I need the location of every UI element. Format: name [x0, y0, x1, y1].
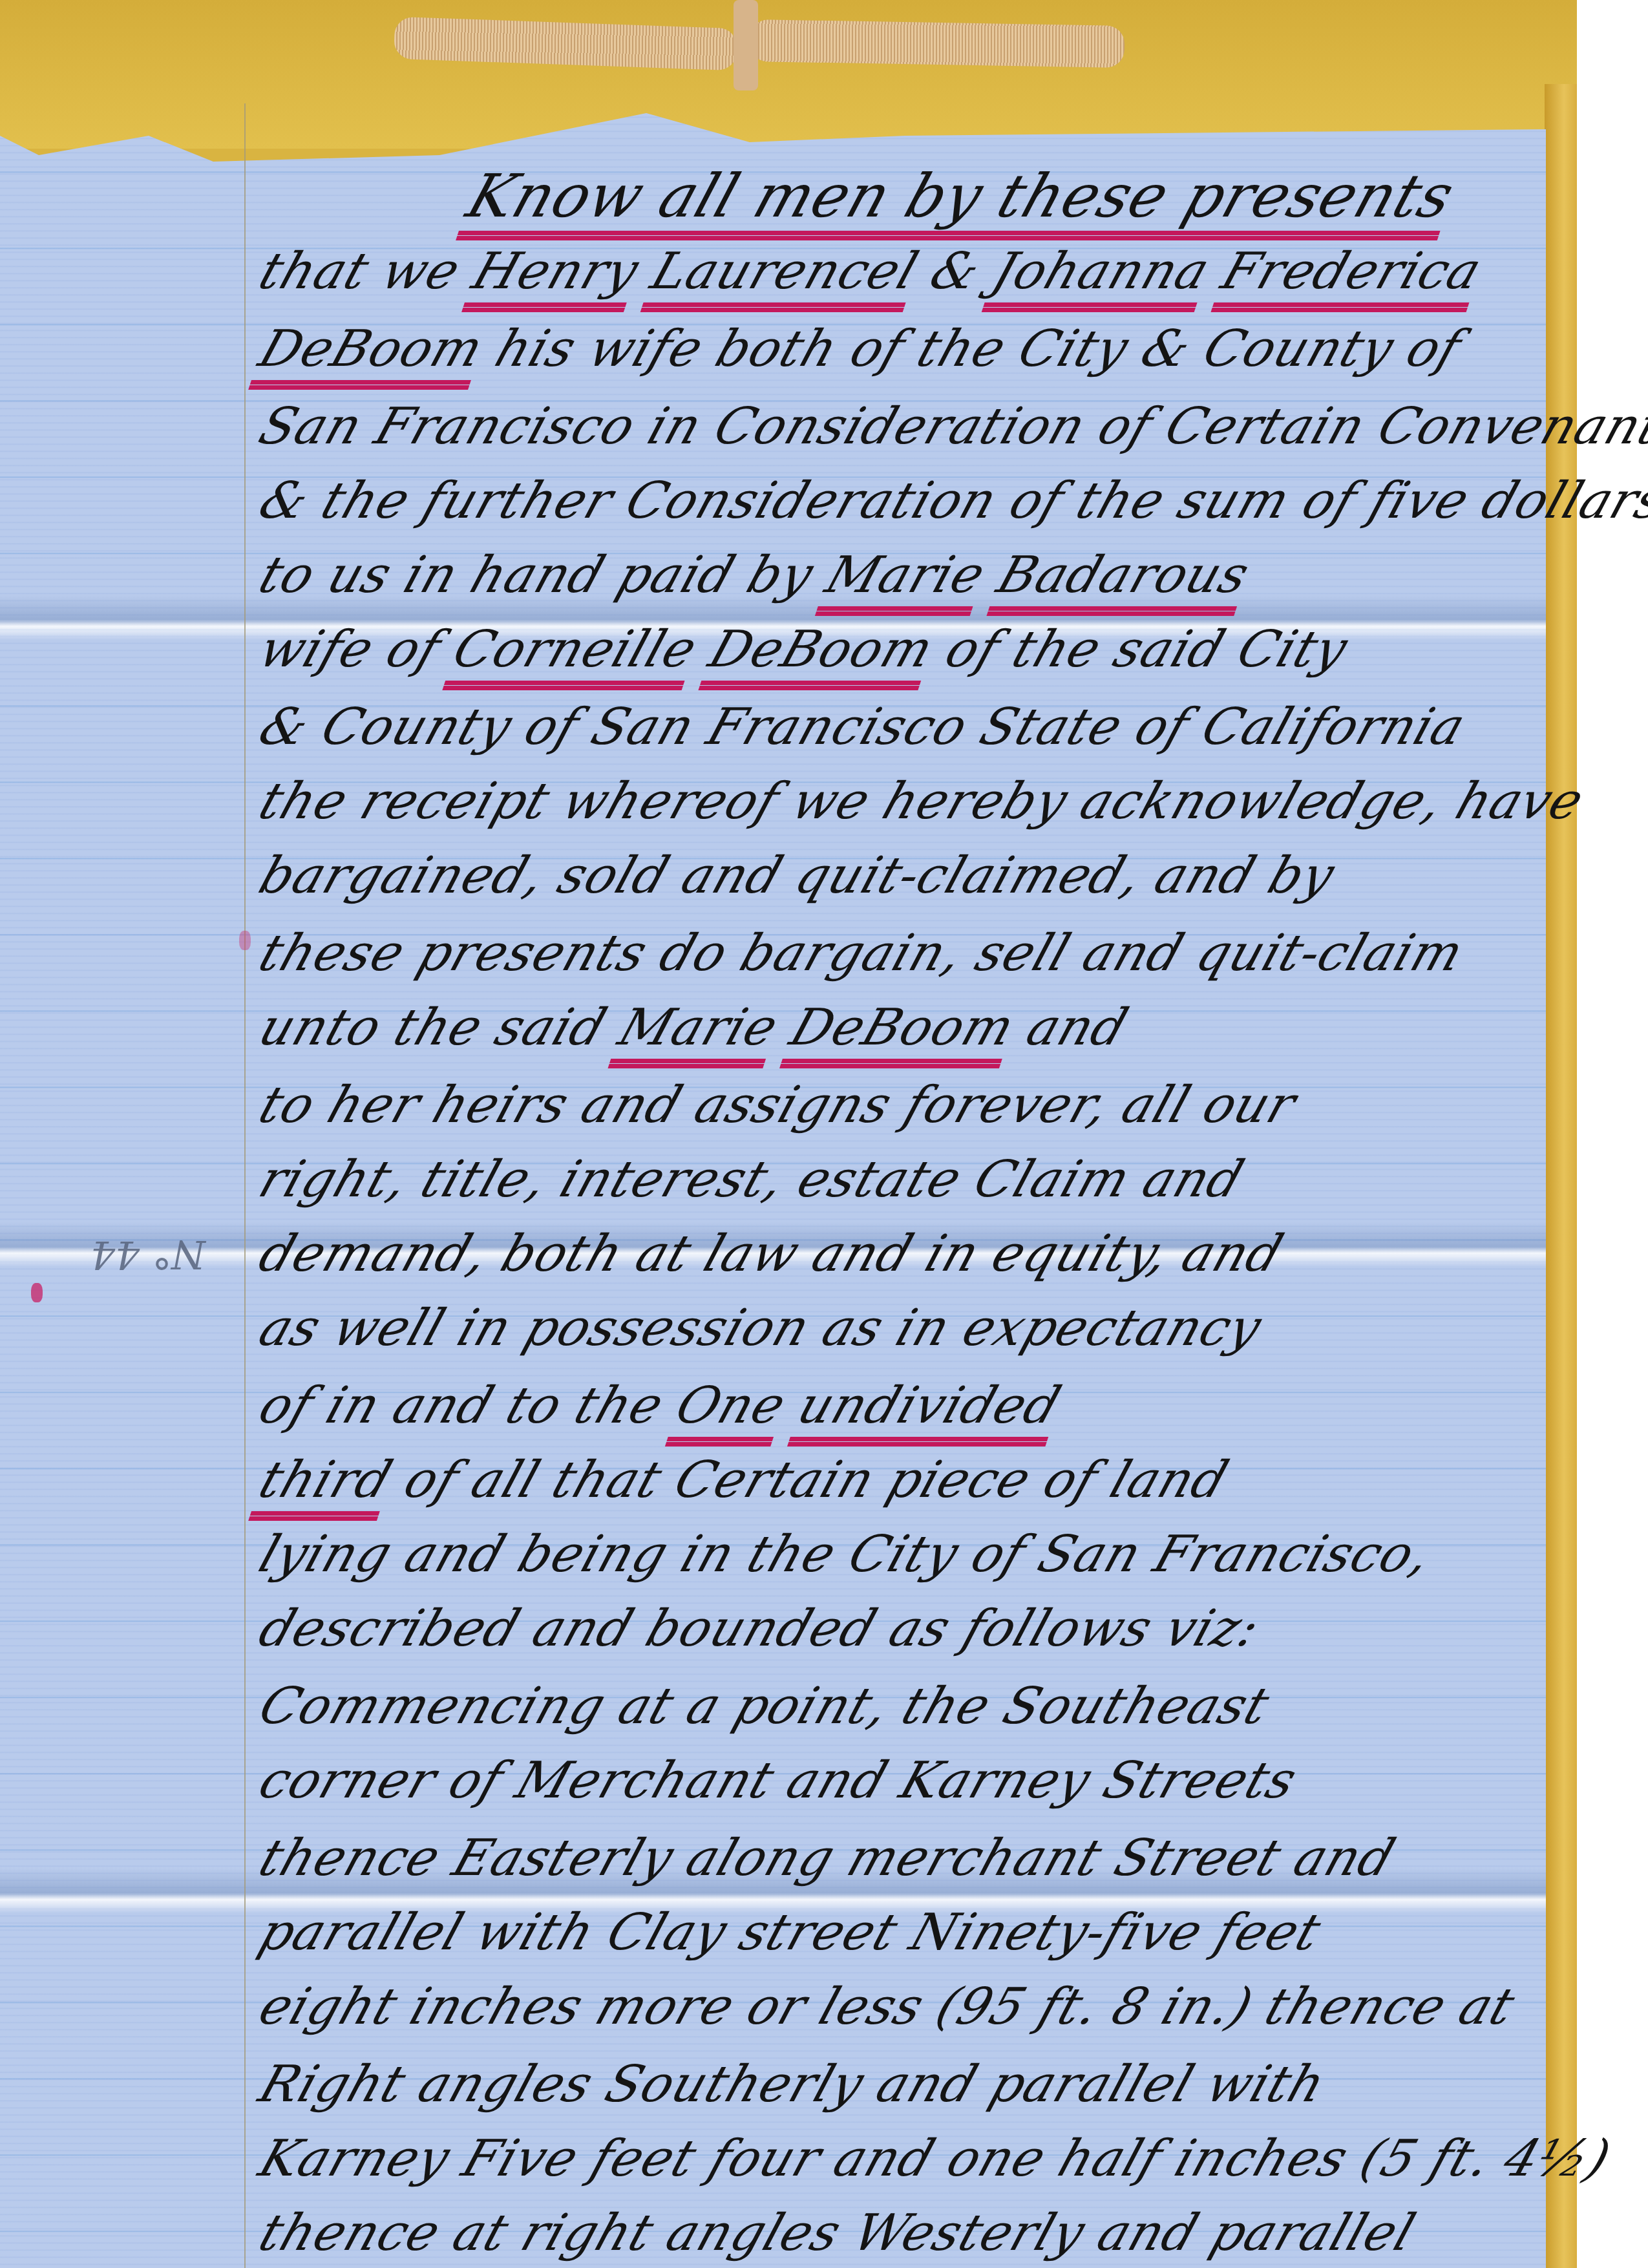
deed-line: lying and being in the City of San Franc… [252, 1525, 1439, 1584]
red-ink-spot [239, 931, 251, 950]
text-run: & the further Consideration of the sum o… [252, 472, 1648, 530]
document-sheet: N° 44 Know all men by these presentsthat… [0, 0, 1577, 2268]
deed-line: parallel with Clay street Ninety-five fe… [252, 1903, 1328, 1962]
ribbon-tie-right [749, 19, 1125, 68]
text-run: described and bounded as follows viz: [252, 1600, 1267, 1658]
deed-line: & County of San Francisco State of Calif… [252, 698, 1473, 756]
deed-line: wife of Corneille DeBoom of the said Cit… [252, 620, 1355, 679]
underlined-name: DeBoom [702, 620, 940, 679]
deed-line: DeBoom his wife both of the City & Count… [252, 320, 1468, 378]
underlined-name: Marie [819, 546, 993, 604]
underlined-name: DeBoom [252, 320, 491, 378]
deed-line: thence at right angles Westerly and para… [252, 2204, 1422, 2262]
text-run: the receipt whereof we hereby acknowledg… [252, 772, 1591, 831]
deed-line: unto the said Marie DeBoom and [252, 999, 1135, 1057]
text-run: of in and to the [252, 1377, 688, 1435]
deed-line: described and bounded as follows viz: [252, 1600, 1267, 1658]
text-run: parallel with Clay street Ninety-five fe… [252, 1903, 1328, 1962]
text-run: bargained, sold and quit-claimed, and by [252, 847, 1342, 905]
text-run: Karney Five feet four and one half inche… [252, 2130, 1618, 2188]
underlined-name: One [669, 1377, 794, 1435]
deed-line: San Francisco in Consideration of Certai… [252, 397, 1648, 456]
underlined-name: Johanna [986, 242, 1217, 301]
text-run: of all that Certain piece of land [381, 1451, 1236, 1509]
text-run: San Francisco in Consideration of Certai… [252, 397, 1648, 456]
underlined-name: DeBoom [783, 999, 1022, 1057]
underlined-name: third [252, 1451, 399, 1509]
deed-line: Right angles Southerly and parallel with [252, 2055, 1333, 2114]
text-run: lying and being in the City of San Franc… [252, 1525, 1439, 1584]
text-run: Right angles Southerly and parallel with [252, 2055, 1333, 2114]
text-run: eight inches more or less (95 ft. 8 in.)… [252, 1978, 1522, 2036]
text-run: Commencing at a point, the Southeast [252, 1677, 1277, 1735]
margin-rule [244, 103, 246, 2268]
underlined-name: Henry [465, 242, 646, 301]
text-run: as well in possession as in expectancy [252, 1299, 1269, 1357]
text-run: to us in hand paid by [252, 546, 838, 604]
text-run: demand, both at law and in equity, and [252, 1225, 1290, 1283]
underlined-name: Badarous [990, 546, 1256, 604]
deed-line: bargained, sold and quit-claimed, and by [252, 847, 1342, 905]
text-run: his wife both of the City & County of [472, 320, 1468, 378]
deed-line: third of all that Certain piece of land [252, 1451, 1236, 1509]
margin-note-number: N° 44 [90, 1231, 206, 1277]
deed-line: as well in possession as in expectancy [252, 1299, 1269, 1357]
deed-title: Know all men by these presents [459, 162, 1463, 231]
text-run: & County of San Francisco State of Calif… [252, 698, 1473, 756]
deed-line: Karney Five feet four and one half inche… [252, 2130, 1618, 2188]
deed-line: & the further Consideration of the sum o… [252, 472, 1648, 530]
deed-line: Commencing at a point, the Southeast [252, 1677, 1277, 1735]
text-run: right, title, interest, estate Claim and [252, 1150, 1251, 1209]
red-ink-spot [31, 1283, 43, 1302]
text-run: to her heirs and assigns forever, all ou… [252, 1076, 1304, 1134]
deed-line: of in and to the One undivided [252, 1377, 1068, 1435]
ribbon-knot [734, 0, 758, 90]
text-run: that we [252, 242, 484, 301]
text-run: corner of Merchant and Karney Streets [252, 1752, 1304, 1810]
deed-line: demand, both at law and in equity, and [252, 1225, 1290, 1283]
underlined-name: Corneille [446, 620, 704, 679]
text-run: thence Easterly along merchant Street an… [252, 1829, 1402, 1887]
deed-line: right, title, interest, estate Claim and [252, 1150, 1251, 1209]
text-run: unto the said [252, 999, 631, 1057]
underlined-name: Marie [611, 999, 785, 1057]
text-run: wife of [252, 620, 465, 679]
text-run: these presents do bargain, sell and quit… [252, 924, 1471, 982]
text-run: thence at right angles Westerly and para… [252, 2204, 1422, 2262]
underlined-name: Laurencel [644, 242, 925, 301]
deed-line: thence Easterly along merchant Street an… [252, 1829, 1402, 1887]
deed-line: the receipt whereof we hereby acknowledg… [252, 772, 1591, 831]
deed-line: corner of Merchant and Karney Streets [252, 1752, 1304, 1810]
underlined-name: Frederica [1214, 242, 1488, 301]
deed-line: eight inches more or less (95 ft. 8 in.)… [252, 1978, 1522, 2036]
deed-line: that we Henry Laurencel & Johanna Freder… [252, 242, 1489, 301]
underlined-name: Know all men by these presents [459, 162, 1463, 231]
deed-line: to her heirs and assigns forever, all ou… [252, 1076, 1304, 1134]
deed-line: these presents do bargain, sell and quit… [252, 924, 1471, 982]
text-run: of the said City [922, 620, 1355, 679]
text-run: and [1003, 999, 1136, 1057]
underlined-name: undivided [791, 1377, 1068, 1435]
deed-line: to us in hand paid by Marie Badarous [252, 546, 1256, 604]
